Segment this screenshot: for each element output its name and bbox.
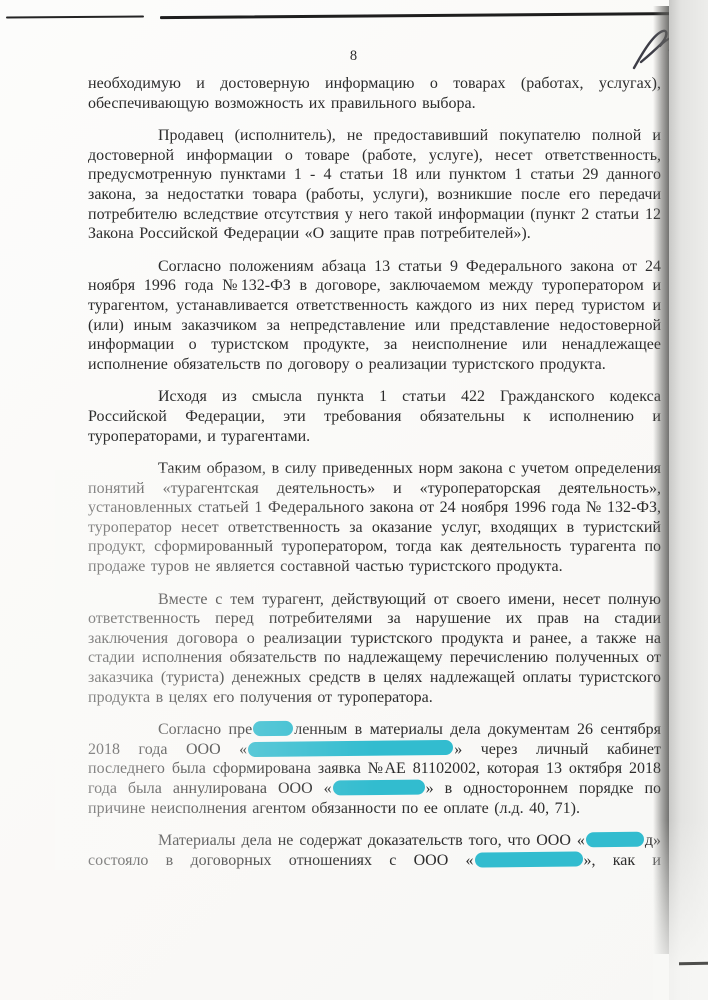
page-number: 8 (0, 48, 708, 65)
paragraph: необходимую и достоверную информацию о т… (88, 74, 661, 113)
redaction-mark (333, 780, 425, 796)
redaction-mark (248, 740, 453, 757)
paragraph: Вместе с тем турагент, действующий от св… (88, 590, 661, 708)
scanned-document-page: 8 необходимую и достоверную информацию о… (0, 0, 708, 1000)
redaction-mark (474, 851, 582, 867)
paragraph: Материалы дела не содержат доказательств… (88, 831, 661, 870)
redaction-mark (253, 721, 293, 736)
paragraph: Согласно положениям абзаца 13 статьи 9 Ф… (88, 257, 661, 375)
redaction-mark (586, 832, 644, 848)
paragraph: Продавец (исполнитель), не предоставивши… (88, 126, 661, 244)
scan-artifact-top-line-left (6, 16, 144, 19)
scan-artifact-bottom-corner-line (679, 962, 708, 966)
paragraph: Исходя из смысла пункта 1 статьи 422 Гра… (88, 387, 661, 446)
paragraph: Согласно преленным в материалы дела доку… (88, 720, 661, 818)
scan-artifact-top-line-right (160, 12, 708, 19)
paragraph: Таким образом, в силу приведенных норм з… (88, 459, 661, 577)
document-body: необходимую и достоверную информацию о т… (88, 74, 661, 883)
scan-artifact-right-edge-fade (653, 0, 708, 1000)
